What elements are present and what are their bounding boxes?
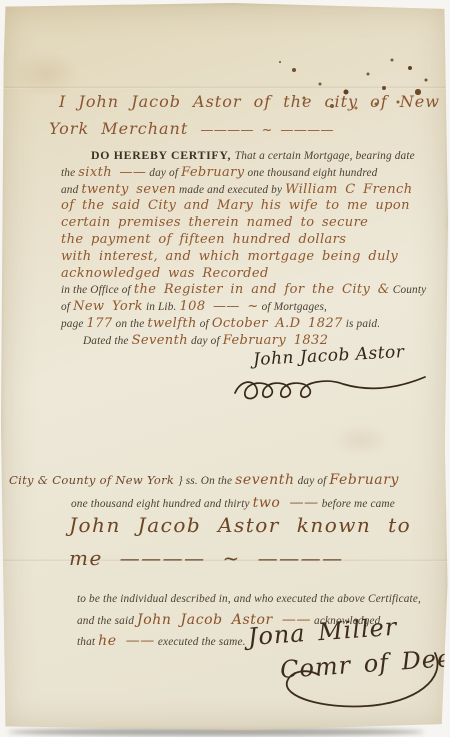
certification-body-line: in the Office of the Register in and for… — [61, 281, 426, 298]
handwritten-text: City & County of New York — [9, 473, 178, 487]
handwritten-text: 108 —— ~ — [179, 299, 258, 314]
handwritten-text: Seventh — [132, 333, 188, 348]
jurat-venue: City & County of New York } ss. On the s… — [9, 468, 399, 514]
certification-body-line: the payment of fifteen hundred dollars — [61, 231, 426, 248]
certification-body-line: DO HEREBY CERTIFY, That a certain Mortga… — [61, 147, 426, 164]
handwritten-text: the payment of fifteen hundred dollars — [61, 232, 346, 247]
printed-text: DO HEREBY CERTIFY, — [91, 148, 235, 162]
printed-text: That a certain Mortgage, bearing date — [235, 150, 415, 162]
certification-body-line: of the said City and Mary his wife to me… — [61, 197, 426, 214]
paper-stain — [331, 423, 391, 457]
handwritten-text: February 1832 — [223, 333, 329, 348]
printed-text: and — [61, 184, 81, 196]
certification-body-line: certain premises therein named to secure — [61, 214, 426, 231]
printed-text: and the said — [77, 615, 137, 627]
printed-text: } ss. On the — [178, 475, 235, 487]
printed-text: day of — [295, 475, 330, 487]
certification-body-line: acknowledged was Recorded — [61, 265, 426, 282]
handwritten-text: twelfth — [147, 316, 196, 331]
jurat-appearance-line: me ———— ~ ———— — [69, 544, 411, 577]
handwritten-text: twenty seven — [81, 182, 176, 197]
printed-text: that — [77, 636, 98, 648]
handwritten-text: me ———— ~ ———— — [69, 546, 344, 570]
printed-text: in the Office of — [61, 284, 134, 296]
jurat-venue-line: City & County of New York } ss. On the s… — [9, 468, 399, 491]
printed-text: on the — [113, 318, 148, 330]
certification-body-line: the sixth —— day of February one thousan… — [61, 164, 426, 181]
astor-signature-paraph — [229, 369, 429, 407]
printed-text: of — [61, 301, 73, 313]
printed-text: the — [61, 167, 78, 179]
printed-text: is paid. — [343, 318, 380, 330]
handwritten-text: of the said City and Mary his wife to me… — [61, 198, 410, 213]
attestation-line: to be the individual described in, and w… — [77, 587, 421, 609]
certification-body-line: of New York in Lib. 108 —— ~ of Mortgage… — [61, 298, 426, 315]
document-paper: I John Jacob Astor of the city of NewYor… — [1, 3, 448, 730]
printed-text: before me came — [319, 498, 395, 510]
certification-body: DO HEREBY CERTIFY, That a certain Mortga… — [61, 147, 426, 349]
printed-text: in Lib. — [143, 301, 180, 313]
handwritten-text: the Register in and for the City & — [134, 282, 390, 297]
handwritten-text: sixth —— — [78, 165, 146, 180]
printed-text: of Mortgages, — [259, 301, 327, 313]
jurat-appearance-line: John Jacob Astor known to — [69, 511, 411, 544]
printed-text: County — [390, 284, 427, 296]
ink-specks — [279, 61, 281, 63]
printed-text: one thousand eight hundred and thirty — [71, 498, 253, 510]
printed-text: Dated the — [83, 335, 132, 347]
handwritten-text: 177 — [87, 316, 113, 331]
jurat-appearance: John Jacob Astor known tome ———— ~ ———— — [69, 511, 411, 577]
opening-statement-line: York Merchant ———— ~ ———— — [47, 116, 440, 143]
printed-text: one thousand eight hundred — [245, 167, 378, 179]
certification-body-line: page 177 on the twelfth of October A.D 1… — [61, 315, 426, 332]
handwritten-text: October A.D 1827 — [212, 316, 343, 331]
opening-statement: I John Jacob Astor of the city of NewYor… — [47, 89, 440, 143]
handwritten-text: February — [181, 165, 244, 180]
printed-text: day of — [146, 167, 181, 179]
handwritten-text: he —— — [98, 633, 155, 649]
handwritten-text: with interest, and which mortgage being … — [61, 249, 398, 264]
handwritten-text: John Jacob Astor known to — [69, 513, 411, 537]
photographed-document: I John Jacob Astor of the city of NewYor… — [0, 0, 450, 737]
handwritten-text: two —— — [253, 495, 319, 511]
handwritten-text: I John Jacob Astor of the city of New — [59, 92, 440, 111]
opening-statement-line: I John Jacob Astor of the city of New — [47, 89, 440, 116]
certification-body-line: and twenty seven made and executed by Wi… — [61, 181, 426, 198]
handwritten-text: York Merchant — [49, 119, 200, 138]
handwritten-text: February — [329, 472, 399, 488]
printed-text: day of — [188, 335, 223, 347]
handwritten-text: William C French — [285, 182, 412, 197]
printed-text: executed the same. — [155, 636, 246, 648]
handwritten-text: seventh — [235, 472, 295, 488]
handwritten-text: ———— ~ ———— — [200, 123, 334, 138]
handwritten-text: certain premises therein named to secure — [61, 215, 368, 230]
printed-text: page — [61, 318, 87, 330]
handwritten-text: New York — [73, 299, 143, 314]
handwritten-text: acknowledged was Recorded — [61, 266, 269, 281]
printed-text: made and executed by — [176, 184, 285, 196]
certification-body-line: with interest, and which mortgage being … — [61, 248, 426, 265]
printed-text: of — [197, 318, 212, 330]
printed-text: to be the individual described in, and w… — [77, 593, 421, 605]
